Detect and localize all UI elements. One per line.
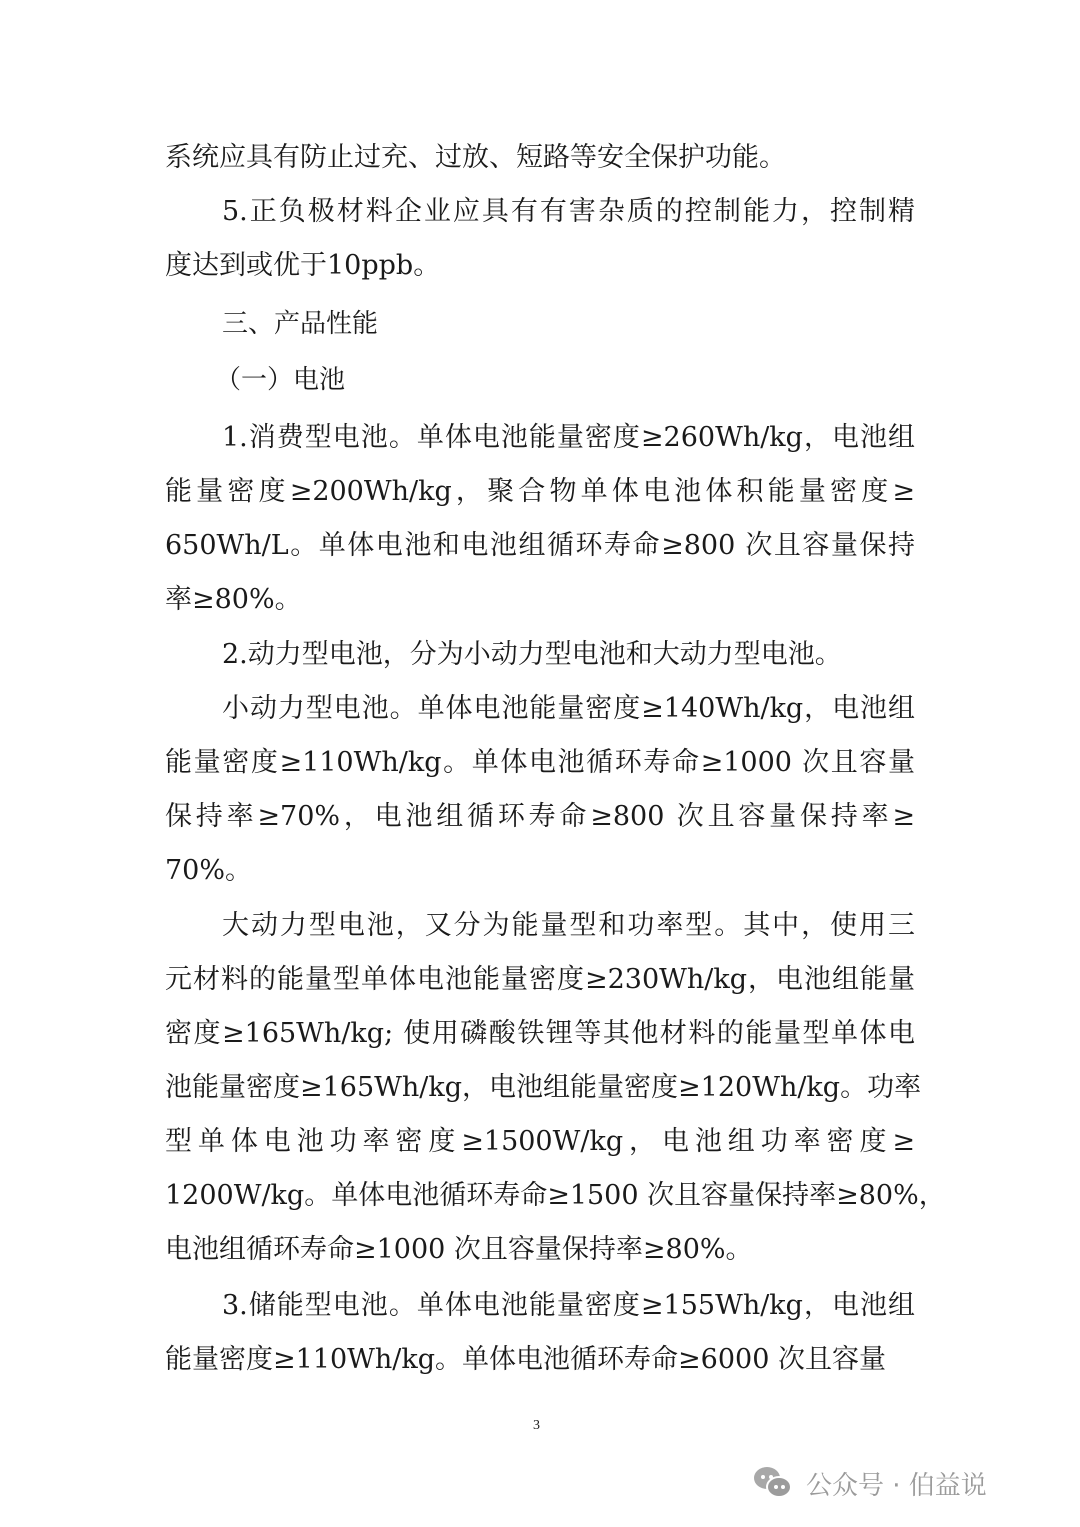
- text-line: 650Wh/L。单体电池和电池组循环寿命≥800 次且容量保持: [165, 526, 915, 566]
- text-line: 70%。: [165, 851, 915, 891]
- text-line: 1200W/kg。单体电池循环寿命≥1500 次且容量保持率≥80%，: [165, 1176, 915, 1216]
- text-line: 能量密度≥200Wh/kg，聚合物单体电池体积能量密度≥: [165, 472, 915, 512]
- wechat-icon: [754, 1467, 794, 1501]
- text-line: 3.储能型电池。单体电池能量密度≥155Wh/kg，电池组: [165, 1286, 915, 1326]
- text-line: 保持率≥70%，电池组循环寿命≥800 次且容量保持率≥: [165, 797, 915, 837]
- text-line: 1.消费型电池。单体电池能量密度≥260Wh/kg，电池组: [165, 418, 915, 458]
- text-line: 能量密度≥110Wh/kg。单体电池循环寿命≥1000 次且容量: [165, 743, 915, 783]
- text-line: 能量密度≥110Wh/kg。单体电池循环寿命≥6000 次且容量: [165, 1340, 915, 1380]
- text-line: 型单体电池功率密度≥1500W/kg，电池组功率密度≥: [165, 1122, 915, 1162]
- text-line: 率≥80%。: [165, 580, 915, 620]
- text-line: 系统应具有防止过充、过放、短路等安全保护功能。: [165, 138, 915, 178]
- watermark-text: 公众号 · 伯益说: [806, 1465, 987, 1502]
- text-line: 5.正负极材料企业应具有有害杂质的控制能力，控制精: [165, 192, 915, 232]
- text-line: 元材料的能量型单体电池能量密度≥230Wh/kg，电池组能量: [165, 960, 915, 1000]
- text-line: 密度≥165Wh/kg; 使用磷酸铁锂等其他材料的能量型单体电: [165, 1014, 915, 1054]
- text-line: 电池组循环寿命≥1000 次且容量保持率≥80%。: [165, 1230, 915, 1270]
- text-line: 大动力型电池，又分为能量型和功率型。其中，使用三: [165, 906, 915, 946]
- watermark: 公众号 · 伯益说: [754, 1465, 987, 1502]
- section-heading: 三、产品性能: [165, 304, 915, 344]
- text-line: 小动力型电池。单体电池能量密度≥140Wh/kg，电池组: [165, 689, 915, 729]
- text-line: 2.动力型电池，分为小动力型电池和大动力型电池。: [165, 635, 915, 675]
- subsection-heading: （一）电池: [165, 360, 915, 400]
- text-line: 度达到或优于10ppb。: [165, 246, 915, 286]
- page-number: 3: [533, 1418, 540, 1434]
- text-line: 池能量密度≥165Wh/kg，电池组能量密度≥120Wh/kg。功率: [165, 1068, 915, 1108]
